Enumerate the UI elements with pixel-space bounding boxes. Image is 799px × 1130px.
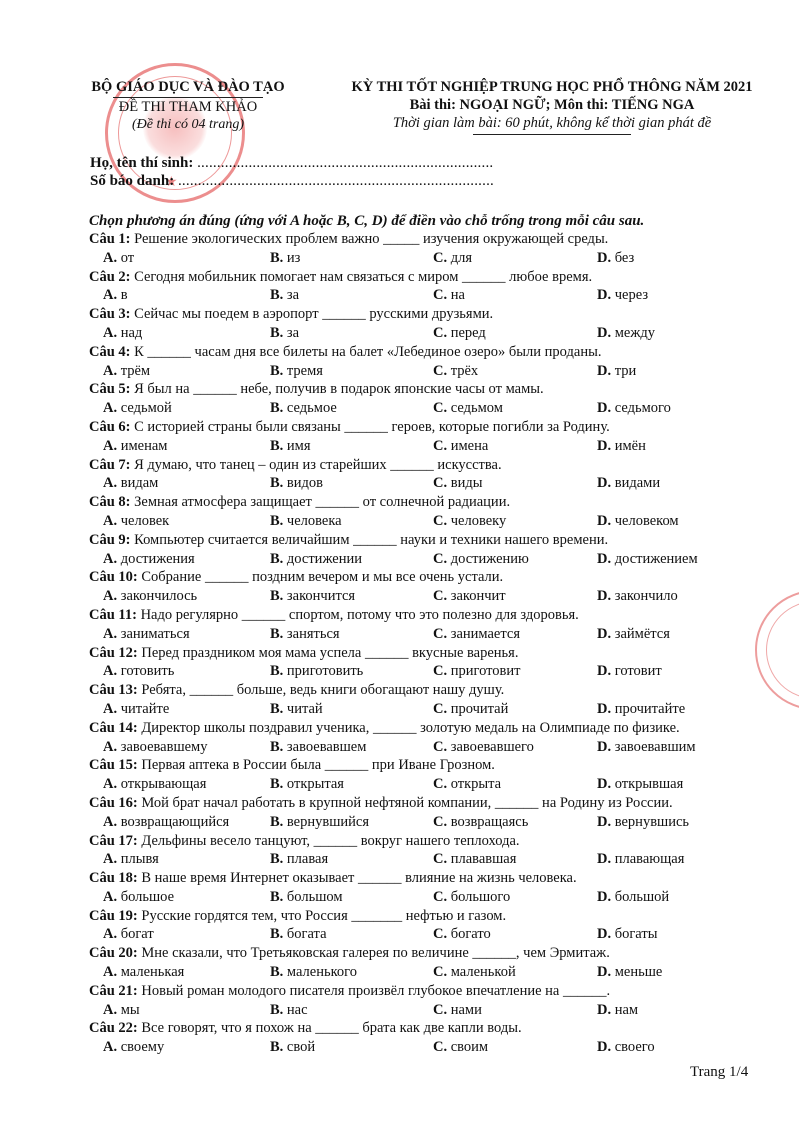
option-letter: D. [597,926,611,942]
option-text: возвращаясь [451,814,529,830]
option-text: закончится [287,588,355,604]
option-text: именам [121,438,168,454]
option-c[interactable]: C. приготовит [433,662,521,681]
question-label: Câu 14: [89,720,138,736]
option-text: вернувшийся [287,814,369,830]
option-text: достижения [121,551,195,567]
option-letter: B. [270,926,283,942]
question-label: Câu 22: [89,1020,138,1036]
question: Câu 5: Я был на ______ небе, получив в п… [89,380,789,418]
question-text: Русские гордятся тем, что Россия _______… [141,908,506,924]
option-letter: D. [597,475,611,491]
answer-options: A. читайте B. читай C. прочитай D. прочи… [89,700,789,719]
option-b[interactable]: B. из [270,249,300,268]
option-letter: B. [270,250,283,266]
option-letter: C. [433,475,447,491]
option-text: прочитай [451,701,509,717]
option-letter: B. [270,325,283,341]
header-divider [473,134,631,135]
option-b[interactable]: B. читай [270,700,323,719]
question-label: Câu 12: [89,645,138,661]
option-d[interactable]: D. между [597,324,655,343]
option-letter: C. [433,325,447,341]
question: Câu 11: Надо регулярно ______ спортом, п… [89,606,789,644]
header-left: BỘ GIÁO DỤC VÀ ĐÀO TẠO ĐỀ THI THAM KHẢO … [82,78,294,133]
question-text: Мне сказали, что Третьяковская галерея п… [141,945,609,961]
answer-options: A. маленькая B. маленького C. маленькой … [89,963,789,982]
question-text: Ребята, ______ больше, ведь книги обогащ… [141,682,504,698]
option-b[interactable]: B. за [270,324,299,343]
question: Câu 21: Новый роман молодого писателя пр… [89,982,789,1020]
option-letter: C. [433,513,447,529]
question-label: Câu 17: [89,833,138,849]
option-letter: B. [270,400,283,416]
option-b[interactable]: B. завоевавшем [270,738,366,757]
option-b[interactable]: B. тремя [270,362,323,381]
option-letter: C. [433,663,447,679]
question-label: Câu 21: [89,983,138,999]
option-text: видов [287,475,323,491]
question: Câu 20: Мне сказали, что Третьяковская г… [89,944,789,982]
option-text: плывя [121,851,159,867]
option-text: готовит [615,663,662,679]
option-d[interactable]: D. нам [597,1001,638,1020]
option-a[interactable]: A. над [103,324,142,343]
answer-options: A. завоевавшему B. завоевавшем C. завоев… [89,738,789,757]
question-label: Câu 13: [89,682,138,698]
option-text: своему [121,1039,164,1055]
exam-page: ★ BỘ GIÁO DỤC VÀ ĐÀO TẠO ĐỀ THI THAM KHẢ… [0,0,799,1130]
option-b[interactable]: B. достижении [270,550,362,569]
question-label: Câu 1: [89,231,131,247]
question-label: Câu 18: [89,870,138,886]
option-letter: B. [270,551,283,567]
option-c[interactable]: C. занимается [433,625,520,644]
option-text: за [287,287,299,303]
option-c[interactable]: C. нами [433,1001,482,1020]
option-text: занимается [451,626,520,642]
option-letter: B. [270,287,283,303]
option-a[interactable]: A. маленькая [103,963,184,982]
question-stem: Câu 12: Перед праздником моя мама успела… [89,644,789,663]
question-stem: Câu 21: Новый роман молодого писателя пр… [89,982,789,1001]
option-text: видам [121,475,159,491]
option-letter: B. [270,701,283,717]
option-c[interactable]: C. на [433,286,465,305]
question-label: Câu 15: [89,757,138,773]
answer-options: A. достижения B. достижении C. достижени… [89,550,789,569]
option-a[interactable]: A. возвращающийся [103,813,229,832]
question: Câu 17: Дельфины весело танцуют, ______ … [89,832,789,870]
answer-options: A. большое B. большом C. большого D. бол… [89,888,789,907]
option-text: маленькой [451,964,516,980]
answer-options: A. плывя B. плавая C. плававшая D. плава… [89,850,789,869]
option-letter: C. [433,889,447,905]
question-stem: Câu 10: Собрание ______ поздним вечером … [89,568,789,587]
option-letter: D. [597,438,611,454]
option-c[interactable]: C. перед [433,324,486,343]
question-stem: Câu 13: Ребята, ______ больше, ведь книг… [89,681,789,700]
option-letter: D. [597,626,611,642]
option-text: имя [287,438,311,454]
option-text: плававшая [451,851,517,867]
answer-options: A. именам B. имя C. имена D. имён [89,437,789,456]
option-c[interactable]: C. прочитай [433,700,508,719]
option-b[interactable]: B. плавая [270,850,328,869]
option-letter: D. [597,964,611,980]
option-d[interactable]: D. без [597,249,634,268]
option-b[interactable]: B. человека [270,512,342,531]
option-text: прочитайте [615,701,685,717]
option-letter: A. [103,926,117,942]
option-letter: B. [270,626,283,642]
option-letter: A. [103,551,117,567]
question-stem: Câu 7: Я думаю, что танец – один из стар… [89,456,789,475]
option-letter: D. [597,250,611,266]
option-a[interactable]: A. плывя [103,850,159,869]
question-stem: Câu 17: Дельфины весело танцуют, ______ … [89,832,789,851]
option-text: виды [451,475,483,491]
option-d[interactable]: D. видами [597,474,660,493]
option-letter: B. [270,1039,283,1055]
option-d[interactable]: D. через [597,286,648,305]
question: Câu 10: Собрание ______ поздним вечером … [89,568,789,606]
option-letter: A. [103,626,117,642]
option-letter: D. [597,663,611,679]
option-d[interactable]: D. три [597,362,636,381]
option-text: большое [121,889,174,905]
option-d[interactable]: D. вернувшись [597,813,689,832]
option-letter: A. [103,475,117,491]
option-text: богата [287,926,327,942]
option-text: приготовить [287,663,363,679]
option-letter: B. [270,475,283,491]
option-letter: B. [270,363,283,379]
question-label: Câu 4: [89,344,131,360]
option-b[interactable]: B. имя [270,437,311,456]
option-d[interactable]: D. открывшая [597,775,683,794]
option-b[interactable]: B. маленького [270,963,357,982]
question: Câu 18: В наше время Интернет оказывает … [89,869,789,907]
option-text: закончилось [121,588,197,604]
option-letter: C. [433,814,447,830]
answer-options: A. богат B. богата C. богато D. богаты [89,925,789,944]
option-text: видами [615,475,660,491]
option-letter: D. [597,325,611,341]
option-d[interactable]: D. большой [597,888,669,907]
option-b[interactable]: B. седьмое [270,399,337,418]
option-b[interactable]: B. нас [270,1001,308,1020]
option-letter: D. [597,739,611,755]
option-a[interactable]: A. в [103,286,128,305]
option-text: достижением [615,551,698,567]
option-text: своего [615,1039,655,1055]
question: Câu 22: Все говорят, что я похож на ____… [89,1019,789,1057]
option-letter: D. [597,889,611,905]
question-stem: Câu 18: В наше время Интернет оказывает … [89,869,789,888]
option-a[interactable]: A. своему [103,1038,164,1057]
option-text: человека [287,513,342,529]
question: Câu 13: Ребята, ______ больше, ведь книг… [89,681,789,719]
question: Câu 12: Перед праздником моя мама успела… [89,644,789,682]
question: Câu 8: Земная атмосфера защищает ______ … [89,493,789,531]
answer-options: A. мы B. нас C. нами D. нам [89,1001,789,1020]
option-text: достижению [451,551,529,567]
option-d[interactable]: D. готовит [597,662,662,681]
option-text: трёх [451,363,478,379]
question-stem: Câu 16: Мой брат начал работать в крупно… [89,794,789,813]
option-letter: D. [597,513,611,529]
option-text: из [287,250,301,266]
question-stem: Câu 14: Директор школы поздравил ученика… [89,719,789,738]
option-letter: A. [103,363,117,379]
question-stem: Câu 1: Решение экологических проблем важ… [89,230,789,249]
candidate-name-field[interactable]: Họ, tên thí sinh: ......................… [90,154,493,172]
option-text: без [615,250,635,266]
option-a[interactable]: A. седьмой [103,399,172,418]
option-c[interactable]: C. маленькой [433,963,516,982]
option-a[interactable]: A. большое [103,888,174,907]
option-text: открывшая [615,776,684,792]
option-b[interactable]: B. видов [270,474,323,493]
option-text: над [121,325,143,341]
option-letter: C. [433,363,447,379]
question-text: Земная атмосфера защищает ______ от солн… [134,494,510,510]
question-text: Директор школы поздравил ученика, ______… [141,720,679,736]
option-c[interactable]: C. достижению [433,550,529,569]
option-letter: C. [433,926,447,942]
option-text: мы [121,1002,140,1018]
page-count-note: (Đề thi có 04 trang) [82,116,294,133]
option-text: готовить [121,663,175,679]
option-letter: A. [103,964,117,980]
option-a[interactable]: A. от [103,249,134,268]
option-b[interactable]: B. приготовить [270,662,363,681]
exam-kind: ĐỀ THI THAM KHẢO [82,99,294,116]
option-c[interactable]: C. закончит [433,587,506,606]
option-a[interactable]: A. завоевавшему [103,738,207,757]
option-letter: D. [597,701,611,717]
option-a[interactable]: A. читайте [103,700,169,719]
question-label: Câu 16: [89,795,138,811]
question-stem: Câu 15: Первая аптека в России была ____… [89,756,789,775]
question: Câu 9: Компьютер считается величайшим __… [89,531,789,569]
option-a[interactable]: A. готовить [103,662,174,681]
candidate-id-field[interactable]: Số báo danh: ...........................… [90,172,494,190]
option-letter: C. [433,250,447,266]
option-letter: D. [597,287,611,303]
option-letter: A. [103,513,117,529]
option-a[interactable]: A. трём [103,362,150,381]
option-c[interactable]: C. возвращаясь [433,813,528,832]
option-d[interactable]: D. человеком [597,512,679,531]
question-text: Собрание ______ поздним вечером и мы все… [141,569,503,585]
option-b[interactable]: B. свой [270,1038,315,1057]
option-c[interactable]: C. трёх [433,362,478,381]
option-a[interactable]: A. достижения [103,550,195,569]
option-letter: C. [433,438,447,454]
option-d[interactable]: D. своего [597,1038,655,1057]
option-c[interactable]: C. человеку [433,512,506,531]
option-c[interactable]: C. плававшая [433,850,516,869]
option-c[interactable]: C. завоевавшего [433,738,534,757]
question-stem: Câu 11: Надо регулярно ______ спортом, п… [89,606,789,625]
option-a[interactable]: A. открывающая [103,775,206,794]
option-c[interactable]: C. виды [433,474,482,493]
option-text: человек [121,513,169,529]
option-b[interactable]: B. за [270,286,299,305]
question-stem: Câu 6: С историей страны были связаны __… [89,418,789,437]
option-d[interactable]: D. меньше [597,963,662,982]
option-c[interactable]: C. открыта [433,775,501,794]
option-c[interactable]: C. богато [433,925,491,944]
option-text: тремя [287,363,323,379]
option-text: имён [615,438,646,454]
question-text: В наше время Интернет оказывает ______ в… [141,870,576,886]
option-text: открыта [451,776,501,792]
exam-title: KỲ THI TỐT NGHIỆP TRUNG HỌC PHỔ THÔNG NĂ… [312,78,792,96]
option-text: для [451,250,472,266]
option-a[interactable]: A. мы [103,1001,140,1020]
option-text: завоевавшим [615,739,696,755]
option-text: своим [451,1039,488,1055]
option-b[interactable]: B. закончится [270,587,355,606]
option-a[interactable]: A. богат [103,925,154,944]
option-d[interactable]: D. прочитайте [597,700,685,719]
question-text: С историей страны были связаны ______ ге… [134,419,610,435]
option-a[interactable]: A. человек [103,512,169,531]
option-c[interactable]: C. большого [433,888,510,907]
option-d[interactable]: D. закончило [597,587,678,606]
option-text: большого [451,889,511,905]
option-d[interactable]: D. плавающая [597,850,684,869]
option-text: заниматься [121,626,190,642]
page-number: Trang 1/4 [690,1064,748,1081]
option-b[interactable]: B. открытая [270,775,344,794]
option-d[interactable]: D. седьмого [597,399,671,418]
option-text: от [121,250,134,266]
answer-options: A. возвращающийся B. вернувшийся C. возв… [89,813,789,832]
option-a[interactable]: A. видам [103,474,158,493]
option-b[interactable]: B. заняться [270,625,340,644]
option-a[interactable]: A. именам [103,437,167,456]
option-text: закончило [615,588,678,604]
option-letter: C. [433,1039,447,1055]
option-letter: D. [597,363,611,379]
question-stem: Câu 20: Мне сказали, что Третьяковская г… [89,944,789,963]
option-text: богато [451,926,491,942]
option-d[interactable]: D. завоевавшим [597,738,696,757]
option-letter: C. [433,626,447,642]
option-d[interactable]: D. займётся [597,625,670,644]
option-text: нас [287,1002,308,1018]
question-label: Câu 11: [89,607,137,623]
option-d[interactable]: D. достижением [597,550,698,569]
question-label: Câu 8: [89,494,131,510]
option-letter: D. [597,776,611,792]
option-c[interactable]: C. седьмом [433,399,503,418]
option-letter: C. [433,287,447,303]
answer-options: A. видам B. видов C. виды D. видами [89,474,789,493]
instruction: Chọn phương án đúng (ứng với A hoặc B, C… [89,212,644,230]
question-label: Câu 2: [89,269,131,285]
question: Câu 6: С историей страны были связаны __… [89,418,789,456]
option-d[interactable]: D. богаты [597,925,657,944]
answer-options: A. в B. за C. на D. через [89,286,789,305]
option-text: маленькая [121,964,185,980]
answer-options: A. седьмой B. седьмое C. седьмом D. седь… [89,399,789,418]
option-b[interactable]: B. вернувшийся [270,813,369,832]
question: Câu 19: Русские гордятся тем, что Россия… [89,907,789,945]
option-text: седьмого [615,400,671,416]
candidate-name-label: Họ, tên thí sinh: [90,155,193,171]
question-text: Сейчас мы поедем в аэропорт ______ русск… [134,306,493,322]
option-a[interactable]: A. заниматься [103,625,190,644]
option-letter: C. [433,1002,447,1018]
option-text: седьмой [121,400,172,416]
question-text: Все говорят, что я похож на ______ брата… [141,1020,521,1036]
option-c[interactable]: C. своим [433,1038,488,1057]
question-text: Дельфины весело танцуют, ______ вокруг н… [141,833,519,849]
option-letter: C. [433,964,447,980]
option-b[interactable]: B. богата [270,925,327,944]
option-text: достижении [287,551,362,567]
option-letter: A. [103,325,117,341]
option-d[interactable]: D. имён [597,437,646,456]
question: Câu 14: Директор школы поздравил ученика… [89,719,789,757]
option-letter: B. [270,776,283,792]
option-letter: D. [597,1002,611,1018]
option-letter: D. [597,400,611,416]
option-text: завоевавшего [451,739,534,755]
question-stem: Câu 9: Компьютер считается величайшим __… [89,531,789,550]
option-text: нам [615,1002,638,1018]
option-letter: A. [103,438,117,454]
option-text: плавающая [615,851,685,867]
question-text: Надо регулярно ______ спортом, потому чт… [141,607,579,623]
option-letter: A. [103,889,117,905]
option-letter: D. [597,588,611,604]
question-label: Câu 19: [89,908,138,924]
question-text: Решение экологических проблем важно ____… [134,231,608,247]
option-letter: C. [433,400,447,416]
candidate-id-blank[interactable]: ........................................… [178,173,494,189]
option-text: нами [451,1002,482,1018]
option-text: трём [121,363,150,379]
option-text: открывающая [121,776,207,792]
option-text: возвращающийся [121,814,229,830]
option-text: займётся [615,626,670,642]
option-text: три [615,363,637,379]
option-letter: B. [270,851,283,867]
option-text: богаты [615,926,658,942]
option-a[interactable]: A. закончилось [103,587,197,606]
answer-options: A. закончилось B. закончится C. закончит… [89,587,789,606]
answer-options: A. заниматься B. заняться C. занимается … [89,625,789,644]
option-letter: B. [270,964,283,980]
question-text: Я думаю, что танец – один из старейших _… [134,457,501,473]
option-letter: B. [270,739,283,755]
option-letter: C. [433,776,447,792]
option-c[interactable]: C. для [433,249,472,268]
answer-options: A. своему B. свой C. своим D. своего [89,1038,789,1057]
candidate-name-blank[interactable]: ........................................… [197,155,493,171]
question-list: Câu 1: Решение экологических проблем важ… [89,230,789,1057]
option-c[interactable]: C. имена [433,437,488,456]
option-text: открытая [287,776,344,792]
option-b[interactable]: B. большом [270,888,343,907]
option-text: через [615,287,648,303]
